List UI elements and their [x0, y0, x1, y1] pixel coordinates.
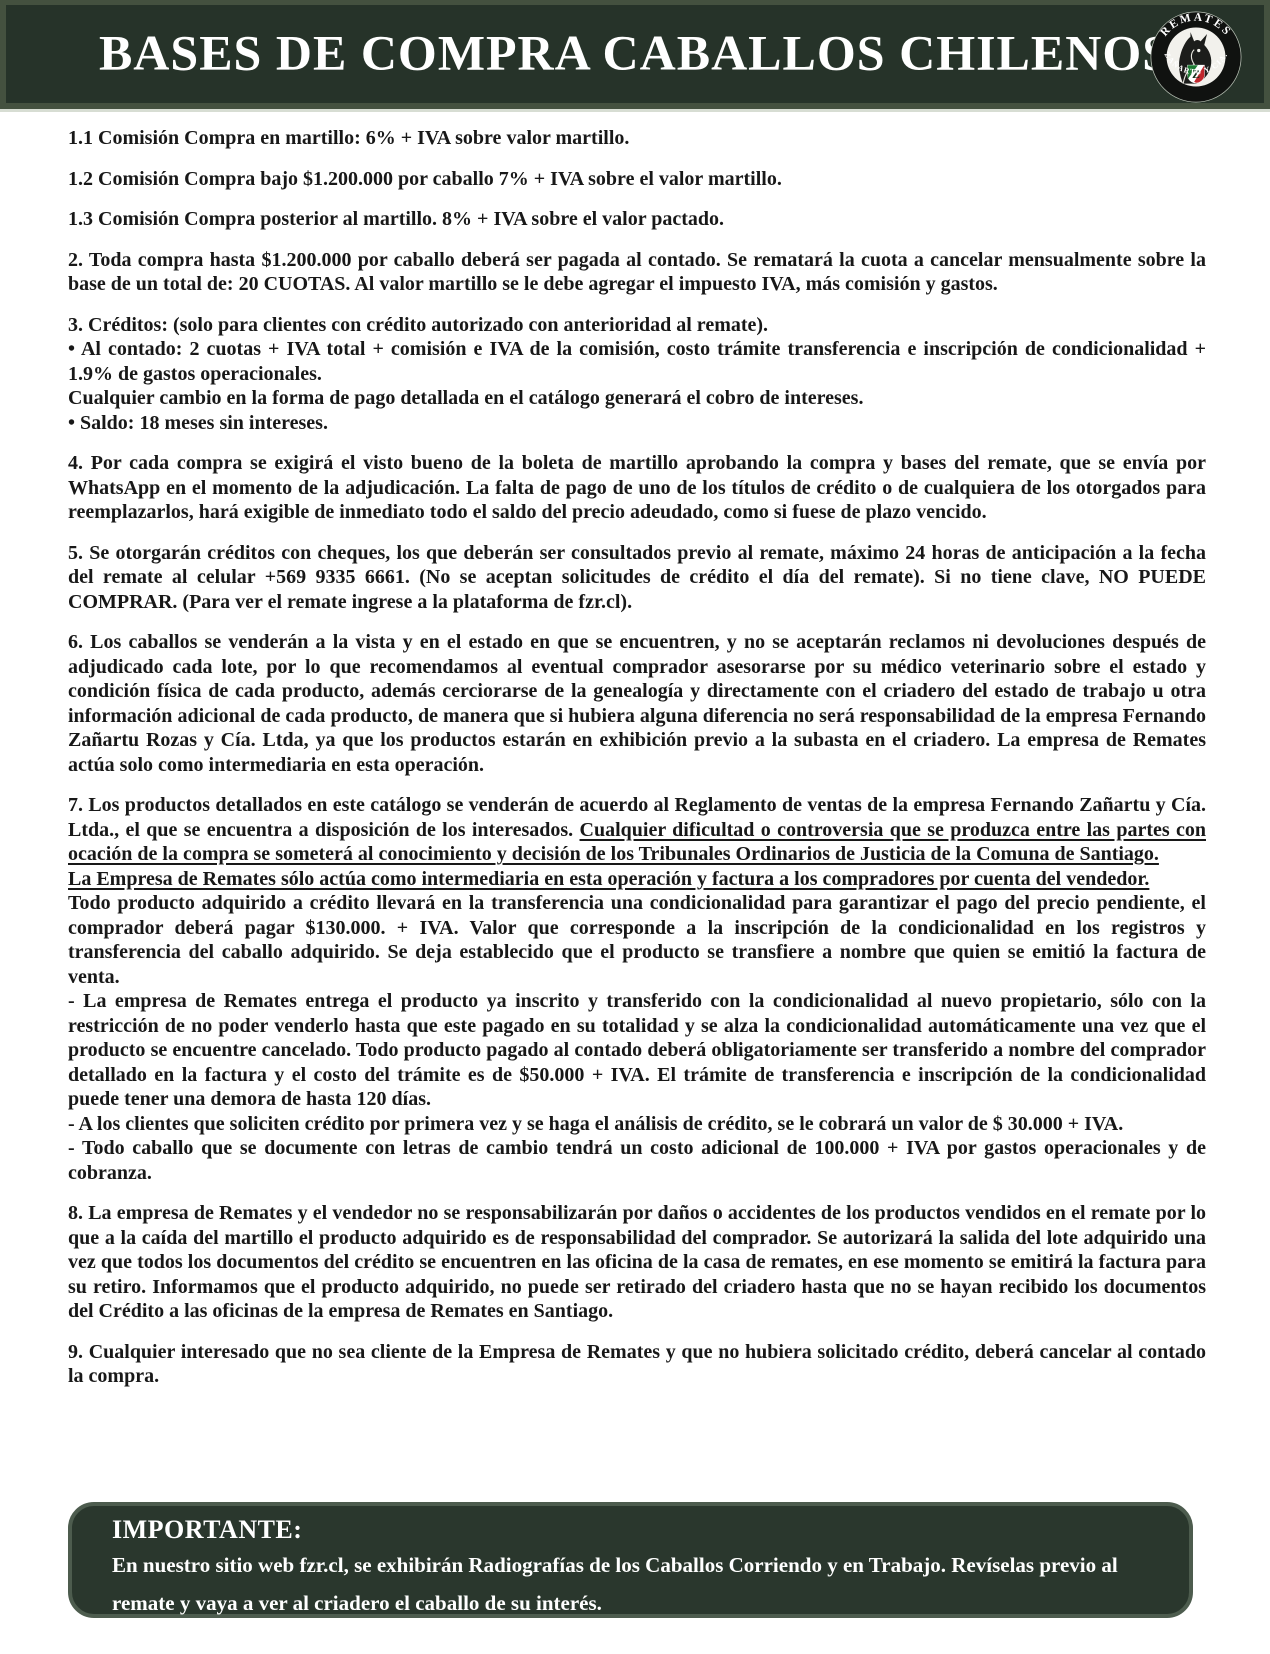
- paragraph-7-condicionalidad: Todo producto adquirido a crédito llevar…: [68, 891, 1206, 989]
- paragraph-3-saldo: • Saldo: 18 meses sin intereses.: [68, 411, 1206, 436]
- important-title: IMPORTANTE:: [112, 1514, 1145, 1546]
- paragraph-9: 9. Cualquier interesado que no sea clien…: [68, 1340, 1206, 1389]
- paragraph-1-3: 1.3 Comisión Compra posterior al martill…: [68, 207, 1206, 232]
- paragraph-5: 5. Se otorgarán créditos con cheques, lo…: [68, 541, 1206, 615]
- paragraph-2: 2. Toda compra hasta $1.200.000 por caba…: [68, 248, 1206, 297]
- important-notice-box: IMPORTANTE: En nuestro sitio web fzr.cl,…: [68, 1502, 1193, 1618]
- remates-zanartu-logo: Z REMATES ZAÑARTU Y CIA.: [1150, 11, 1242, 103]
- paragraph-3-cambio: Cualquier cambio en la forma de pago det…: [68, 386, 1206, 411]
- paragraph-6: 6. Los caballos se venderán a la vista y…: [68, 630, 1206, 777]
- document-page: BASES DE COMPRA CABALLOS CHILENOS Z: [0, 0, 1270, 1654]
- header-bar: BASES DE COMPRA CABALLOS CHILENOS Z: [0, 0, 1270, 112]
- paragraph-1-2: 1.2 Comisión Compra bajo $1.200.000 por …: [68, 167, 1206, 192]
- paragraph-7-analisis: - A los clientes que soliciten crédito p…: [68, 1112, 1206, 1137]
- terms-text: 1.1 Comisión Compra en martillo: 6% + IV…: [0, 112, 1270, 1389]
- paragraph-7-intermediaria: La Empresa de Remates sólo actúa como in…: [68, 867, 1206, 892]
- page-title: BASES DE COMPRA CABALLOS CHILENOS: [0, 23, 1270, 81]
- paragraph-7-entrega: - La empresa de Remates entrega el produ…: [68, 989, 1206, 1112]
- paragraph-8: 8. La empresa de Remates y el vendedor n…: [68, 1201, 1206, 1324]
- paragraph-7: 7. Los productos detallados en este catá…: [68, 793, 1206, 867]
- paragraph-4: 4. Por cada compra se exigirá el visto b…: [68, 451, 1206, 525]
- paragraph-3: 3. Créditos: (solo para clientes con cré…: [68, 313, 1206, 338]
- underlined-clause: La Empresa de Remates sólo actúa como in…: [68, 868, 1149, 890]
- paragraph-7-letras: - Todo caballo que se documente con letr…: [68, 1136, 1206, 1185]
- important-text: En nuestro sitio web fzr.cl, se exhibirá…: [112, 1546, 1145, 1622]
- paragraph-3-contado: • Al contado: 2 cuotas + IVA total + com…: [68, 337, 1206, 386]
- paragraph-1-1: 1.1 Comisión Compra en martillo: 6% + IV…: [68, 126, 1206, 151]
